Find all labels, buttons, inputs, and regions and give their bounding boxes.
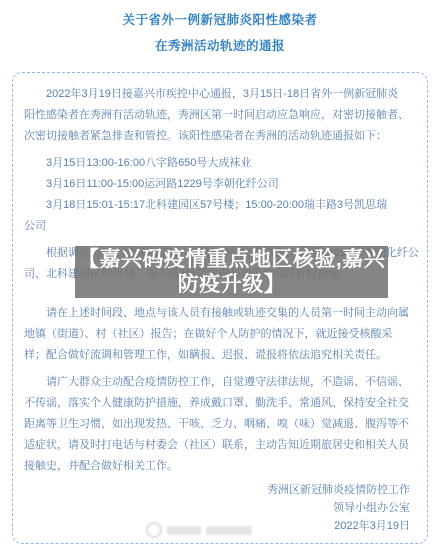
watermark-logo-icon: [146, 522, 162, 538]
activity-track-list: 3月15日13:00-16:00八字路650号大成袜业3月16日11:00-15…: [24, 153, 416, 237]
document-title: 关于省外一例新冠肺炎阳性感染者在秀洲活动轨迹的通报: [0, 0, 440, 59]
text-line: 秀洲区新冠肺炎疫情防控工作: [24, 481, 410, 499]
text-line: 适症状，请及时打电话与村委会（社区）联系，主动告知近期旅居史和相关人员: [24, 435, 416, 456]
text-line: 2022年3月19日接嘉兴市疾控中心通报，3月15日-18日省外一例新冠肺炎: [24, 84, 416, 105]
watermark: [146, 521, 252, 539]
text-line: 请广大群众主动配合疫情防控工作，自觉遵守法律法规，不造谣、不信谣、: [24, 372, 416, 393]
text-line: 3月16日11:00-15:00运河路1229号李朝化纤公司: [24, 174, 416, 195]
paragraph-public-advice: 请广大群众主动配合疫情防控工作，自觉遵守法律法规，不造谣、不信谣、不传谣，落实个…: [24, 372, 416, 477]
text-line: 公司: [24, 216, 416, 237]
text-line: 防疫升级】: [178, 272, 286, 297]
text-line: 领导小组办公室: [24, 499, 410, 517]
paragraph-intro: 2022年3月19日接嘉兴市疾控中心通报，3月15日-18日省外一例新冠肺炎阳性…: [24, 84, 416, 147]
paragraph-report-request: 请在上述时间段、地点与该人员有接触或轨迹交集的人员第一时间主动向属地镇（街道）、…: [24, 303, 416, 366]
text-line: 次密切接触者紧急排查和管控。该阳性感染者在秀洲的活动轨迹通报如下：: [24, 126, 416, 147]
text-line: 阳性感染者在秀洲有活动轨迹，秀洲区第一时间启动应急响应，对密切接触者、: [24, 105, 416, 126]
text-line: 在秀洲活动轨迹的通报: [0, 33, 440, 59]
text-line: 【嘉兴码疫情重点地区核验,嘉兴: [78, 247, 385, 272]
notice-card: 2022年3月19日接嘉兴市疾控中心通报，3月15日-18日省外一例新冠肺炎阳性…: [12, 72, 428, 544]
text-line: 3月18日15:01-15:17北科建园区57号楼；15:00-20:00瑞丰路…: [24, 195, 416, 216]
watermark-text-blur: [206, 526, 252, 535]
text-line: 距离等卫生习惯，如出现发热、干咳、乏力、咽痛、嗅（味）觉减退、腹泻等不: [24, 414, 416, 435]
text-line: 3月15日13:00-16:00八字路650号大成袜业: [24, 153, 416, 174]
watermark-text-blur: [167, 526, 201, 535]
notice-page: 关于省外一例新冠肺炎阳性感染者在秀洲活动轨迹的通报 2022年3月19日接嘉兴市…: [0, 0, 440, 548]
text-line: 样；配合做好流调和管理工作，如瞒报、迟报、谎报将依法追究相关责任。: [24, 345, 416, 366]
text-line: 请在上述时间段、地点与该人员有接触或轨迹交集的人员第一时间主动向属: [24, 303, 416, 324]
text-line: 不传谣，落实个人健康防护措施，养成戴口罩、勤洗手、常通风、保持安全社交: [24, 393, 416, 414]
text-line: 接触史，并配合做好相关工作。: [24, 456, 416, 477]
text-line: 关于省外一例新冠肺炎阳性感染者: [0, 7, 440, 33]
headline-overlay: 【嘉兴码疫情重点地区核验,嘉兴防疫升级】: [75, 246, 388, 298]
text-line: 地镇（街道）、村（社区）报告；在做好个人防护的情况下，就近接受核酸采: [24, 324, 416, 345]
